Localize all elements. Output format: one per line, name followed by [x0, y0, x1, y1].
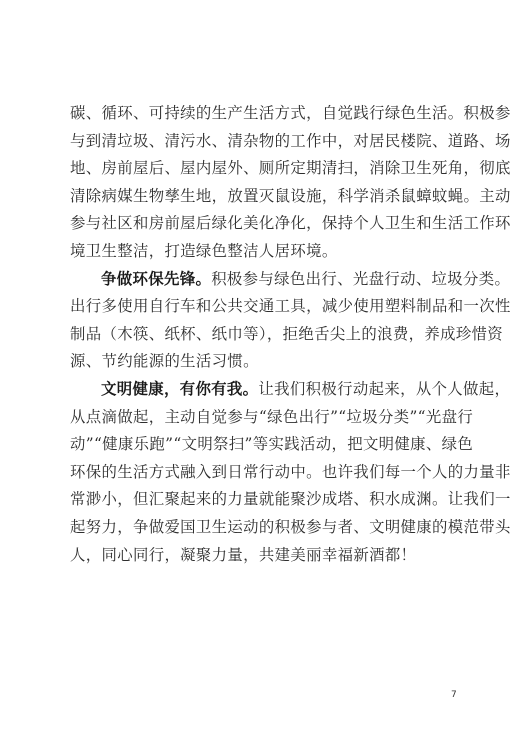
paragraph-heading: 文明健康，有你有我。 — [101, 380, 258, 398]
text-line: 文明健康，有你有我。让我们积极行动起来，从个人做起， — [70, 376, 460, 404]
text-line: 动”“健康乐跑”“文明祭扫”等实践活动，把文明健康、绿色 — [70, 431, 460, 459]
text-line: 环保的生活方式融入到日常行动中。也许我们每一个人的力量非 — [70, 459, 460, 487]
document-page: 碳、循环、可持续的生产生活方式，自觉践行绿色生活。积极参 与到清垃圾、清污水、清… — [0, 0, 525, 730]
text-line: 出行多使用自行车和公共交通工具，减少使用塑料制品和一次性 — [70, 293, 460, 321]
paragraph-civilized-health: 文明健康，有你有我。让我们积极行动起来，从个人做起， 从点滴做起，主动自觉参与“… — [70, 376, 460, 569]
text-line: 人，同心同行，凝聚力量，共建美丽幸福新酒都！ — [70, 542, 460, 570]
text-line: 争做环保先锋。积极参与绿色出行、光盘行动、垃圾分类。 — [70, 266, 460, 294]
text-line: 从点滴做起，主动自觉参与“绿色出行”“垃圾分类”“光盘行 — [70, 404, 460, 432]
text-line: 地、房前屋后、屋内屋外、厕所定期清扫，消除卫生死角，彻底 — [70, 155, 460, 183]
text-line: 境卫生整洁，打造绿色整洁人居环境。 — [70, 238, 460, 266]
paragraph-green-living: 碳、循环、可持续的生产生活方式，自觉践行绿色生活。积极参 与到清垃圾、清污水、清… — [70, 100, 460, 266]
document-body: 碳、循环、可持续的生产生活方式，自觉践行绿色生活。积极参 与到清垃圾、清污水、清… — [70, 100, 460, 569]
text-line: 起努力，争做爱国卫生运动的积极参与者、文明健康的模范带头 — [70, 514, 460, 542]
text-line: 清除病媒生物孳生地，放置灭鼠设施，科学消杀鼠蟑蚊蝇。主动 — [70, 183, 460, 211]
text-line: 碳、循环、可持续的生产生活方式，自觉践行绿色生活。积极参 — [70, 100, 460, 128]
paragraph-environment-pioneer: 争做环保先锋。积极参与绿色出行、光盘行动、垃圾分类。 出行多使用自行车和公共交通… — [70, 266, 460, 376]
text-line: 制品（木筷、纸杯、纸巾等），拒绝舌尖上的浪费，养成珍惜资 — [70, 321, 460, 349]
text-line: 源、节约能源的生活习惯。 — [70, 348, 460, 376]
text-run: 让我们积极行动起来，从个人做起， — [258, 380, 510, 398]
page-number: 7 — [451, 690, 457, 700]
text-line: 常渺小，但汇聚起来的力量就能聚沙成塔、积水成渊。让我们一 — [70, 486, 460, 514]
text-line: 与到清垃圾、清污水、清杂物的工作中，对居民楼院、道路、场 — [70, 128, 460, 156]
text-run: 积极参与绿色出行、光盘行动、垃圾分类。 — [211, 270, 510, 288]
paragraph-heading: 争做环保先锋。 — [101, 270, 211, 288]
text-line: 参与社区和房前屋后绿化美化净化，保持个人卫生和生活工作环 — [70, 210, 460, 238]
